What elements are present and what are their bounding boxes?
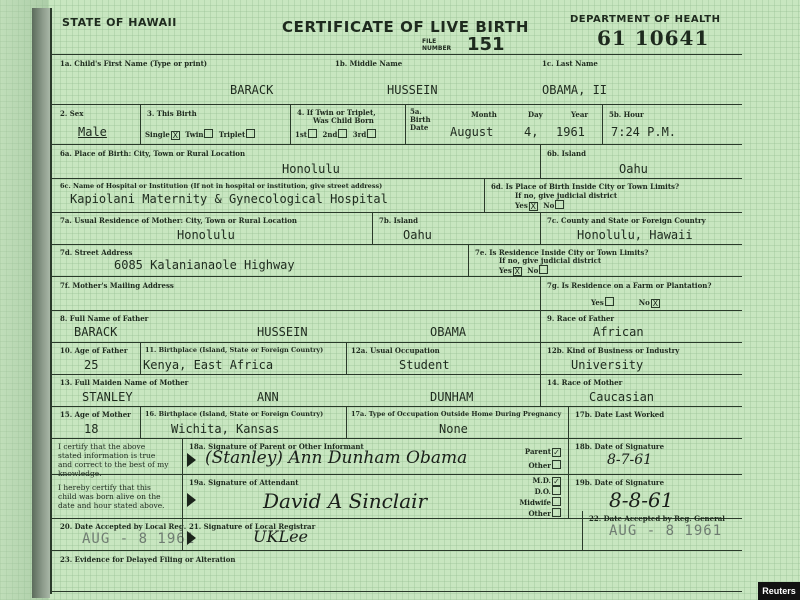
mother-occupation-cell: 17a. Type of Occupation Outside Home Dur… (346, 407, 568, 438)
attendant-certification-text: I hereby certify that this child was bor… (58, 483, 170, 510)
day-label: Day (528, 110, 543, 119)
row-evidence: 23. Evidence for Delayed Filing or Alter… (52, 550, 742, 592)
birth-limits-yes-label: Yes (515, 201, 528, 210)
child-first-name: BARACK (230, 83, 273, 97)
birth-city-label: 6a. Place of Birth: City, Town or Rural … (60, 149, 245, 158)
attendant-signature: David A Sinclair (263, 489, 427, 513)
row-child-name: 1a. Child's First Name (Type or print) 1… (52, 54, 742, 104)
birth-limits-sublabel: If no, give judicial district (515, 191, 617, 200)
informant-signature-cell: 18a. Signature of Parent or Other Inform… (182, 439, 568, 474)
midwife-label: Midwife (520, 498, 551, 507)
md-label: M.D. (533, 476, 551, 485)
residence-county: Honolulu, Hawaii (577, 228, 693, 242)
father-first-name: BARACK (74, 325, 117, 339)
state-title: STATE OF HAWAII (62, 16, 177, 29)
farm-label: 7g. Is Residence on a Farm or Plantation… (547, 281, 711, 290)
binder-edge (32, 8, 50, 598)
birth-island-cell: 6b. Island Oahu (540, 145, 742, 178)
mother-race: Caucasian (589, 390, 654, 404)
last-name-label: 1c. Last Name (542, 59, 598, 68)
birth-certificate: STATE OF HAWAII CERTIFICATE OF LIVE BIRT… (50, 8, 740, 594)
row-place-of-birth: 6a. Place of Birth: City, Town or Rural … (52, 144, 742, 178)
birth-limits-label: 6d. Is Place of Birth Inside City or Tow… (491, 182, 679, 191)
residence-county-cell: 7c. County and State or Foreign Country … (540, 213, 742, 244)
residence-limits-yes-checkbox[interactable]: X (513, 267, 522, 276)
hospital-name: Kapiolani Maternity & Gynecological Hosp… (70, 192, 388, 206)
informant-date: 8-7-61 (607, 452, 652, 468)
this-birth-label: 3. This Birth (147, 109, 197, 118)
informant-date-cell: 18b. Date of Signature 8-7-61 (568, 439, 742, 474)
month-label: Month (471, 110, 497, 119)
birth-limits-no-label: No (543, 201, 554, 210)
residence-city: Honolulu (177, 228, 235, 242)
residence-limits-yes-label: Yes (499, 266, 512, 275)
certificate-header: STATE OF HAWAII CERTIFICATE OF LIVE BIRT… (52, 8, 742, 54)
father-age-label: 10. Age of Father (60, 346, 128, 355)
general-date-stamp: AUG - 8 1961 (609, 523, 722, 539)
evidence-label: 23. Evidence for Delayed Filing or Alter… (60, 555, 235, 564)
father-race-label: 9. Race of Father (547, 314, 614, 323)
farm-no-label: No (639, 298, 650, 307)
row-residence: 7a. Usual Residence of Mother: City, Tow… (52, 212, 742, 244)
birth-city: Honolulu (282, 162, 340, 176)
birth-month: August (450, 125, 493, 139)
first-checkbox[interactable] (308, 129, 317, 138)
parent-label: Parent (525, 447, 551, 456)
row-informant: I certify that the above stated informat… (52, 438, 742, 474)
row-mailing: 7f. Mother's Mailing Address 7g. Is Resi… (52, 276, 742, 310)
triplet-label: Triplet (219, 130, 245, 139)
other-attendant-label: Other (528, 509, 551, 518)
row-mother-details: 15. Age of Mother 18 16. Birthplace (Isl… (52, 406, 742, 438)
father-birthplace-label: 11. Birthplace (Island, State or Foreign… (145, 346, 323, 354)
father-middle-name: HUSSEIN (257, 325, 308, 339)
third-label: 3rd (353, 130, 366, 139)
parent-checkbox[interactable]: ✓ (552, 448, 561, 457)
mother-race-label: 14. Race of Mother (547, 378, 622, 387)
mother-occupation: None (439, 422, 468, 436)
sex-label: 2. Sex (60, 109, 83, 118)
street-label: 7d. Street Address (60, 248, 132, 257)
local-date-label: 20. Date Accepted by Local Reg. (60, 522, 186, 531)
attendant-date-label: 19b. Date of Signature (575, 478, 664, 487)
birth-limits-no-checkbox[interactable] (555, 200, 564, 209)
last-worked-label: 17b. Date Last Worked (575, 410, 664, 419)
attendant-signature-label: 19a. Signature of Attendant (189, 478, 298, 487)
birth-date-label: 5a. Birth Date (410, 108, 431, 132)
mother-name-label: 13. Full Maiden Name of Mother (60, 378, 188, 387)
mailing-address-label: 7f. Mother's Mailing Address (60, 281, 174, 290)
mother-birthplace-cell: 16. Birthplace (Island, State or Foreign… (140, 407, 346, 438)
residence-island: Oahu (403, 228, 432, 242)
residence-limits-cell: 7e. Is Residence Inside City or Town Lim… (468, 245, 742, 276)
residence-limits-sublabel: If no, give judicial district (499, 256, 601, 265)
midwife-checkbox[interactable] (552, 497, 561, 506)
birth-island: Oahu (619, 162, 648, 176)
first-name-label: 1a. Child's First Name (Type or print) (60, 59, 207, 68)
twin-label: Twin (185, 130, 203, 139)
third-checkbox[interactable] (367, 129, 376, 138)
twin-order-sublabel: Was Child Born (313, 116, 374, 125)
second-checkbox[interactable] (338, 129, 347, 138)
birth-limits-yes-checkbox[interactable]: X (529, 202, 538, 211)
file-number-label: FILE NUMBER (422, 38, 451, 52)
father-birthplace-cell: 11. Birthplace (Island, State or Foreign… (140, 343, 346, 374)
arrow-icon (187, 453, 196, 467)
hospital-label: 6c. Name of Hospital or Institution (If … (60, 182, 382, 190)
father-last-name: OBAMA (430, 325, 466, 339)
general-date-cell: 22. Date Accepted by Reg. General AUG - … (582, 511, 742, 551)
mother-middle-name: ANN (257, 390, 279, 404)
child-last-name: OBAMA, II (542, 83, 607, 97)
informant-date-label: 18b. Date of Signature (575, 442, 664, 451)
row-street: 7d. Street Address 6085 Kalanianaole Hig… (52, 244, 742, 276)
mother-occupation-label: 17a. Type of Occupation Outside Home Dur… (351, 410, 561, 418)
file-number: 151 (467, 34, 505, 55)
residence-city-label: 7a. Usual Residence of Mother: City, Tow… (60, 216, 297, 225)
birth-hour-cell: 5b. Hour 7:24 P.M. (602, 105, 742, 144)
farm-yes-checkbox[interactable] (605, 297, 614, 306)
row-father-name: 8. Full Name of Father BARACK HUSSEIN OB… (52, 310, 742, 342)
registrar-cell: 21. Signature of Local Registrar UKLee (182, 519, 482, 550)
father-business-cell: 12b. Kind of Business or Industry Univer… (540, 343, 742, 374)
father-business-label: 12b. Kind of Business or Industry (547, 346, 679, 355)
street-address: 6085 Kalanianaole Highway (114, 258, 295, 272)
department-label: DEPARTMENT OF HEALTH (570, 14, 720, 25)
this-birth-cell: 3. This Birth SingleX Twin Triplet (140, 105, 290, 144)
father-name-label: 8. Full Name of Father (60, 314, 148, 323)
registrar-signature: UKLee (253, 527, 308, 546)
other-informant-checkbox[interactable] (552, 460, 561, 469)
do-label: D.O. (535, 487, 551, 496)
residence-county-label: 7c. County and State or Foreign Country (547, 216, 706, 225)
father-occupation: Student (399, 358, 450, 372)
reuters-watermark: Reuters (758, 582, 800, 600)
farm-no-checkbox[interactable]: X (651, 299, 660, 308)
second-label: 2nd (322, 130, 337, 139)
row-hospital: 6c. Name of Hospital or Institution (If … (52, 178, 742, 212)
farm-yes-label: Yes (591, 298, 604, 307)
single-checkbox[interactable]: X (171, 131, 180, 140)
attendant-signature-cell: 19a. Signature of Attendant David A Sinc… (182, 475, 568, 518)
residence-limits-no-label: No (527, 266, 538, 275)
mother-age-label: 15. Age of Mother (60, 410, 131, 419)
mother-race-cell: 14. Race of Mother Caucasian (540, 375, 742, 406)
father-occupation-label: 12a. Usual Occupation (351, 346, 440, 355)
other-attendant-checkbox[interactable] (552, 508, 561, 517)
informant-signature: (Stanley) Ann Dunham Obama (205, 448, 467, 468)
birth-island-label: 6b. Island (547, 149, 586, 158)
birth-limits-cell: 6d. Is Place of Birth Inside City or Tow… (484, 179, 742, 212)
father-race-cell: 9. Race of Father African (540, 311, 742, 342)
mother-first-name: STANLEY (82, 390, 133, 404)
father-age: 25 (84, 358, 98, 372)
father-occupation-cell: 12a. Usual Occupation Student (346, 343, 540, 374)
md-checkbox[interactable]: ✓ (552, 477, 561, 486)
certificate-number: 61 10641 (597, 26, 709, 50)
arrow-icon (187, 493, 196, 507)
general-date-label: 22. Date Accepted by Reg. General (589, 514, 725, 523)
father-race: African (593, 325, 644, 339)
middle-name-label: 1b. Middle Name (335, 59, 402, 68)
residence-island-label: 7b. Island (379, 216, 418, 225)
row-sex-birth: 2. Sex Male 3. This Birth SingleX Twin T… (52, 104, 742, 144)
mother-birthplace-label: 16. Birthplace (Island, State or Foreign… (145, 410, 323, 418)
mother-last-name: DUNHAM (430, 390, 473, 404)
sex-value: Male (78, 125, 107, 139)
child-middle-name: HUSSEIN (387, 83, 438, 97)
row-mother-name: 13. Full Maiden Name of Mother STANLEY A… (52, 374, 742, 406)
first-label: 1st (295, 130, 307, 139)
other-informant-label: Other (528, 461, 551, 470)
hour-label: 5b. Hour (609, 110, 644, 119)
last-worked-cell: 17b. Date Last Worked (568, 407, 742, 438)
row-registration: 20. Date Accepted by Local Reg. AUG - 8 … (52, 518, 742, 550)
mother-birthplace: Wichita, Kansas (171, 422, 279, 436)
triplet-checkbox[interactable] (246, 129, 255, 138)
local-date-stamp: AUG - 8 1961 (82, 531, 195, 547)
attendant-date: 8-8-61 (609, 488, 673, 512)
father-business: University (571, 358, 643, 372)
father-birthplace: Kenya, East Africa (143, 358, 273, 372)
birth-date-cell: 5a. Birth Date Month Day Year August 4, … (405, 105, 602, 144)
farm-cell: 7g. Is Residence on a Farm or Plantation… (540, 277, 742, 310)
twin-order-cell: 4. If Twin or Triplet, Was Child Born 1s… (290, 105, 405, 144)
twin-checkbox[interactable] (204, 129, 213, 138)
residence-island-cell: 7b. Island Oahu (372, 213, 540, 244)
mother-age: 18 (84, 422, 98, 436)
birth-day: 4, (524, 125, 538, 139)
year-label: Year (571, 110, 588, 119)
arrow-icon (187, 531, 196, 545)
do-checkbox[interactable] (552, 486, 561, 495)
informant-certification-text: I certify that the above stated informat… (58, 442, 170, 478)
residence-limits-no-checkbox[interactable] (539, 265, 548, 274)
single-label: Single (145, 130, 170, 139)
birth-hour: 7:24 P.M. (611, 125, 676, 139)
birth-year: 1961 (556, 125, 585, 139)
row-father-details: 10. Age of Father 25 11. Birthplace (Isl… (52, 342, 742, 374)
